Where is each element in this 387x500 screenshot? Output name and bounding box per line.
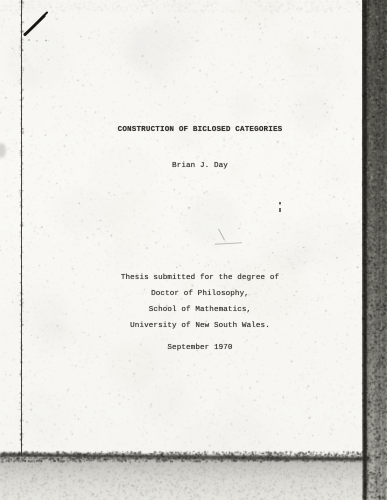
- degree-statement-line-3: School of Mathematics,: [30, 306, 370, 315]
- scan-background-below-page: [0, 458, 387, 500]
- pen-checkmark-icon: [0, 0, 60, 50]
- page-right-edge-line: [363, 0, 367, 500]
- submission-date: September 1970: [30, 344, 370, 353]
- degree-statement-line-1: Thesis submitted for the degree of: [30, 274, 370, 283]
- author-name: Brian J. Day: [30, 162, 370, 171]
- degree-statement-line-4: University of New South Wales.: [30, 322, 370, 331]
- degree-statement-line-2: Doctor of Philosophy,: [30, 290, 370, 299]
- page-left-edge-line: [21, 0, 23, 456]
- typewritten-text-block: CONSTRUCTION OF BICLOSED CATEGORIES Bria…: [30, 0, 370, 458]
- thesis-title: CONSTRUCTION OF BICLOSED CATEGORIES: [30, 126, 370, 135]
- scanned-thesis-title-page: CONSTRUCTION OF BICLOSED CATEGORIES Bria…: [0, 0, 387, 500]
